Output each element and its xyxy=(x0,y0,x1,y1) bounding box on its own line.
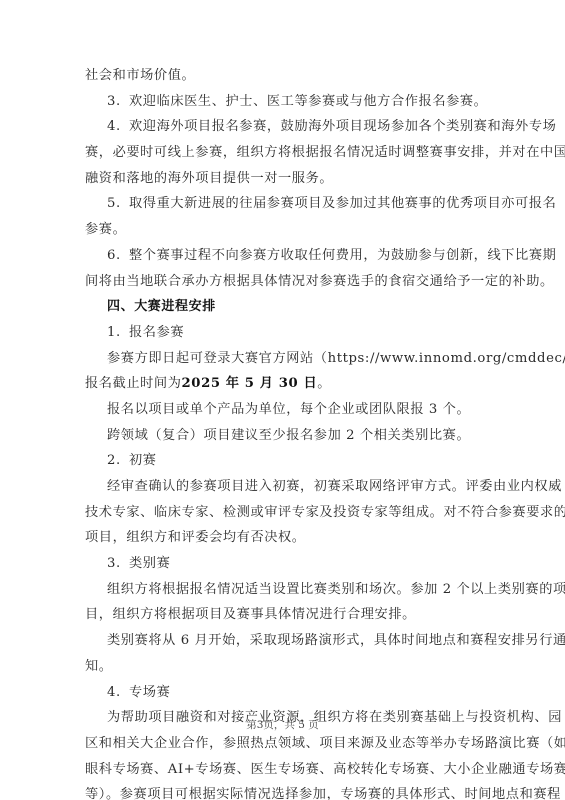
paragraph-line-deadline: 报名截止时间为2025 年 5 月 30 日。 xyxy=(85,371,479,397)
paragraph-line: 目，组织方将根据项目及赛事具体情况进行合理安排。 xyxy=(85,602,479,628)
line-text: 目，组织方将根据项目及赛事具体情况进行合理安排。 xyxy=(85,607,416,622)
paragraph-line: 跨领域（复合）项目建议至少报名参加 2 个相关类别比赛。 xyxy=(85,423,479,449)
paragraph-line: 经审查确认的参赛项目进入初赛，初赛采取网络评审方式。评委由业内权威 xyxy=(85,474,479,500)
line-text: 类别赛将从 6 月开始，采取现场路演形式，具体时间地点和赛程安排另行通 xyxy=(107,633,565,648)
paragraph-line: 间将由当地联合承办方根据具体情况对参赛选手的食宿交通给予一定的补助。 xyxy=(85,269,479,295)
line-text: 间将由当地联合承办方根据具体情况对参赛选手的食宿交通给予一定的补助。 xyxy=(85,274,554,289)
list-number: 4. xyxy=(107,680,129,706)
paragraph-line: 技术专家、临床专家、检测或审评专家及投资专家等组成。对不符合参赛要求的 xyxy=(85,500,479,526)
subsection-category: 3.类别赛 xyxy=(85,551,479,577)
page-number: 第3页，共 5 页 xyxy=(0,717,565,732)
paragraph-line: 组织方将根据报名情况适当设置比赛类别和场次。参加 2 个以上类别赛的项 xyxy=(85,577,479,603)
line-text: 报名截止时间为 xyxy=(85,376,182,391)
line-text: 项目，组织方和评委会均有否决权。 xyxy=(85,530,306,545)
line-text: 赛，必要时可线上参赛，组织方将根据报名情况适时调整赛事安排，并对在中国 xyxy=(85,145,565,160)
list-item-4: 4.欢迎海外项目报名参赛，鼓励海外项目现场参加各个类别赛和海外专场 xyxy=(85,114,479,140)
paragraph-line: 眼科专场赛、AI+专场赛、医生专场赛、高校转化专场赛、大小企业融通专场赛 xyxy=(85,757,479,783)
line-text: 欢迎临床医生、护士、医工等参赛或与他方合作报名参赛。 xyxy=(129,94,487,109)
subsection-title: 初赛 xyxy=(129,453,157,468)
list-item-3: 3.欢迎临床医生、护士、医工等参赛或与他方合作报名参赛。 xyxy=(85,89,479,115)
paragraph-line: 类别赛将从 6 月开始，采取现场路演形式，具体时间地点和赛程安排另行通 xyxy=(85,628,479,654)
list-number: 3. xyxy=(107,89,129,115)
line-text: 知。 xyxy=(85,659,113,674)
line-text: 眼科专场赛、AI+专场赛、医生专场赛、高校转化专场赛、大小企业融通专场赛 xyxy=(85,762,565,777)
subsection-preliminary: 2.初赛 xyxy=(85,448,479,474)
paragraph-line: 参赛方即日起可登录大赛官方网站（https://www.innomd.org/c… xyxy=(85,346,479,372)
section-heading: 四、大赛进程安排 xyxy=(85,294,479,320)
line-text: 经审查确认的参赛项目进入初赛，初赛采取网络评审方式。评委由业内权威 xyxy=(107,479,562,494)
document-page: 社会和市场价值。 3.欢迎临床医生、护士、医工等参赛或与他方合作报名参赛。 4.… xyxy=(0,0,565,800)
line-text: 等）。参赛项目可根据实际情况选择参加，专场赛的具体形式、时间地点和赛程 xyxy=(85,787,561,800)
paragraph-line: 赛，必要时可线上参赛，组织方将根据报名情况适时调整赛事安排，并对在中国 xyxy=(85,140,479,166)
line-text: 整个赛事过程不向参赛方收取任何费用，为鼓励参与创新，线下比赛期 xyxy=(129,248,556,263)
paragraph-line: 社会和市场价值。 xyxy=(85,63,479,89)
list-item-5: 5.取得重大新进展的往届参赛项目及参加过其他赛事的优秀项目亦可报名 xyxy=(85,191,479,217)
paragraph-line: 等）。参赛项目可根据实际情况选择参加，专场赛的具体形式、时间地点和赛程 xyxy=(85,782,479,800)
list-number: 4. xyxy=(107,114,129,140)
line-text: 区和相关大企业合作，参照热点领域、项目来源及业态等举办专场路演比赛（如 xyxy=(85,736,565,751)
paragraph-line: 融资和落地的海外项目提供一对一服务。 xyxy=(85,166,479,192)
line-text: 。 xyxy=(317,376,331,391)
list-item-6: 6.整个赛事过程不向参赛方收取任何费用，为鼓励参与创新，线下比赛期 xyxy=(85,243,479,269)
deadline-date: 2025 年 5 月 30 日 xyxy=(182,376,318,391)
subsection-registration: 1.报名参赛 xyxy=(85,320,479,346)
line-text: 组织方将根据报名情况适当设置比赛类别和场次。参加 2 个以上类别赛的项 xyxy=(107,582,565,597)
paragraph-line: 报名以项目或单个产品为单位，每个企业或团队限报 3 个。 xyxy=(85,397,479,423)
document-body: 社会和市场价值。 3.欢迎临床医生、护士、医工等参赛或与他方合作报名参赛。 4.… xyxy=(85,63,479,800)
paragraph-line: 知。 xyxy=(85,654,479,680)
line-text: 跨领域（复合）项目建议至少报名参加 2 个相关类别比赛。 xyxy=(107,428,470,443)
subsection-title: 专场赛 xyxy=(129,685,170,700)
subsection-title: 类别赛 xyxy=(129,556,170,571)
line-text: 社会和市场价值。 xyxy=(85,68,195,83)
line-text: 报名以项目或单个产品为单位，每个企业或团队限报 3 个。 xyxy=(107,402,470,417)
line-text: 参赛。 xyxy=(85,222,126,237)
subsection-special: 4.专场赛 xyxy=(85,680,479,706)
paragraph-line: 参赛。 xyxy=(85,217,479,243)
subsection-title: 报名参赛 xyxy=(129,325,184,340)
list-number: 2. xyxy=(107,448,129,474)
paragraph-line: 项目，组织方和评委会均有否决权。 xyxy=(85,525,479,551)
list-number: 3. xyxy=(107,551,129,577)
line-text: 技术专家、临床专家、检测或审评专家及投资专家等组成。对不符合参赛要求的 xyxy=(85,505,565,520)
list-number: 1. xyxy=(107,320,129,346)
line-text: 参赛方即日起可登录大赛官方网站（https://www.innomd.org/c… xyxy=(107,351,565,366)
line-text: 融资和落地的海外项目提供一对一服务。 xyxy=(85,171,333,186)
line-text: 取得重大新进展的往届参赛项目及参加过其他赛事的优秀项目亦可报名 xyxy=(129,196,556,211)
paragraph-line: 区和相关大企业合作，参照热点领域、项目来源及业态等举办专场路演比赛（如 xyxy=(85,731,479,757)
list-number: 6. xyxy=(107,243,129,269)
line-text: 欢迎海外项目报名参赛，鼓励海外项目现场参加各个类别赛和海外专场 xyxy=(129,119,556,134)
list-number: 5. xyxy=(107,191,129,217)
